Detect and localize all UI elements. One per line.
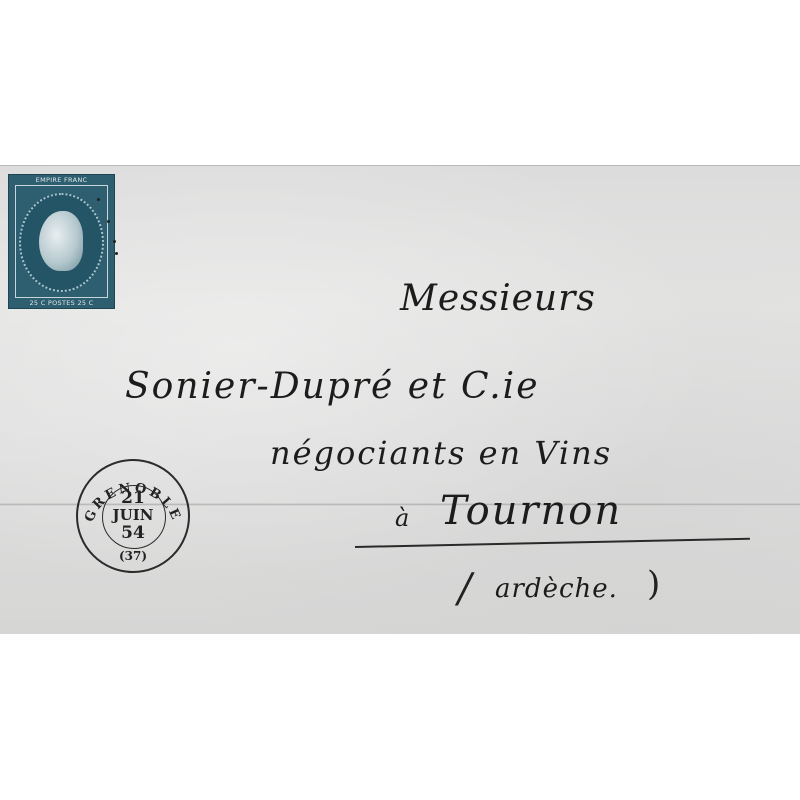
addressee-name: Sonier-Dupré et C.ie [125,366,540,407]
postmark-month: JUIN [78,506,188,524]
postmark-department: (37) [78,549,188,563]
stamp-bottom-inscription: 25 C POSTES 25 C [9,299,114,307]
open-parenthesis: / [458,566,471,612]
stamp-medallion [19,193,104,292]
address-preposition: à [395,504,409,532]
letter-sheet: EMPIRE FRANC 25 C POSTES 25 C GRENOBLE 2… [0,165,800,634]
stamp-top-inscription: EMPIRE FRANC [9,176,114,184]
address-department: ardèche. [495,574,618,604]
address-underline [355,538,750,548]
napoleon-portrait-icon [39,211,83,271]
postmark-year: 54 [78,523,188,543]
addressee-occupation: négociants en Vins [270,434,612,472]
grenoble-postmark: GRENOBLE 21 JUIN 54 (37) [76,459,190,573]
salutation: Messieurs [400,278,596,319]
cancellation-dots [95,196,125,256]
address-town: Tournon [440,488,622,534]
postmark-day: 21 [78,488,188,508]
close-parenthesis: ) [647,564,660,604]
